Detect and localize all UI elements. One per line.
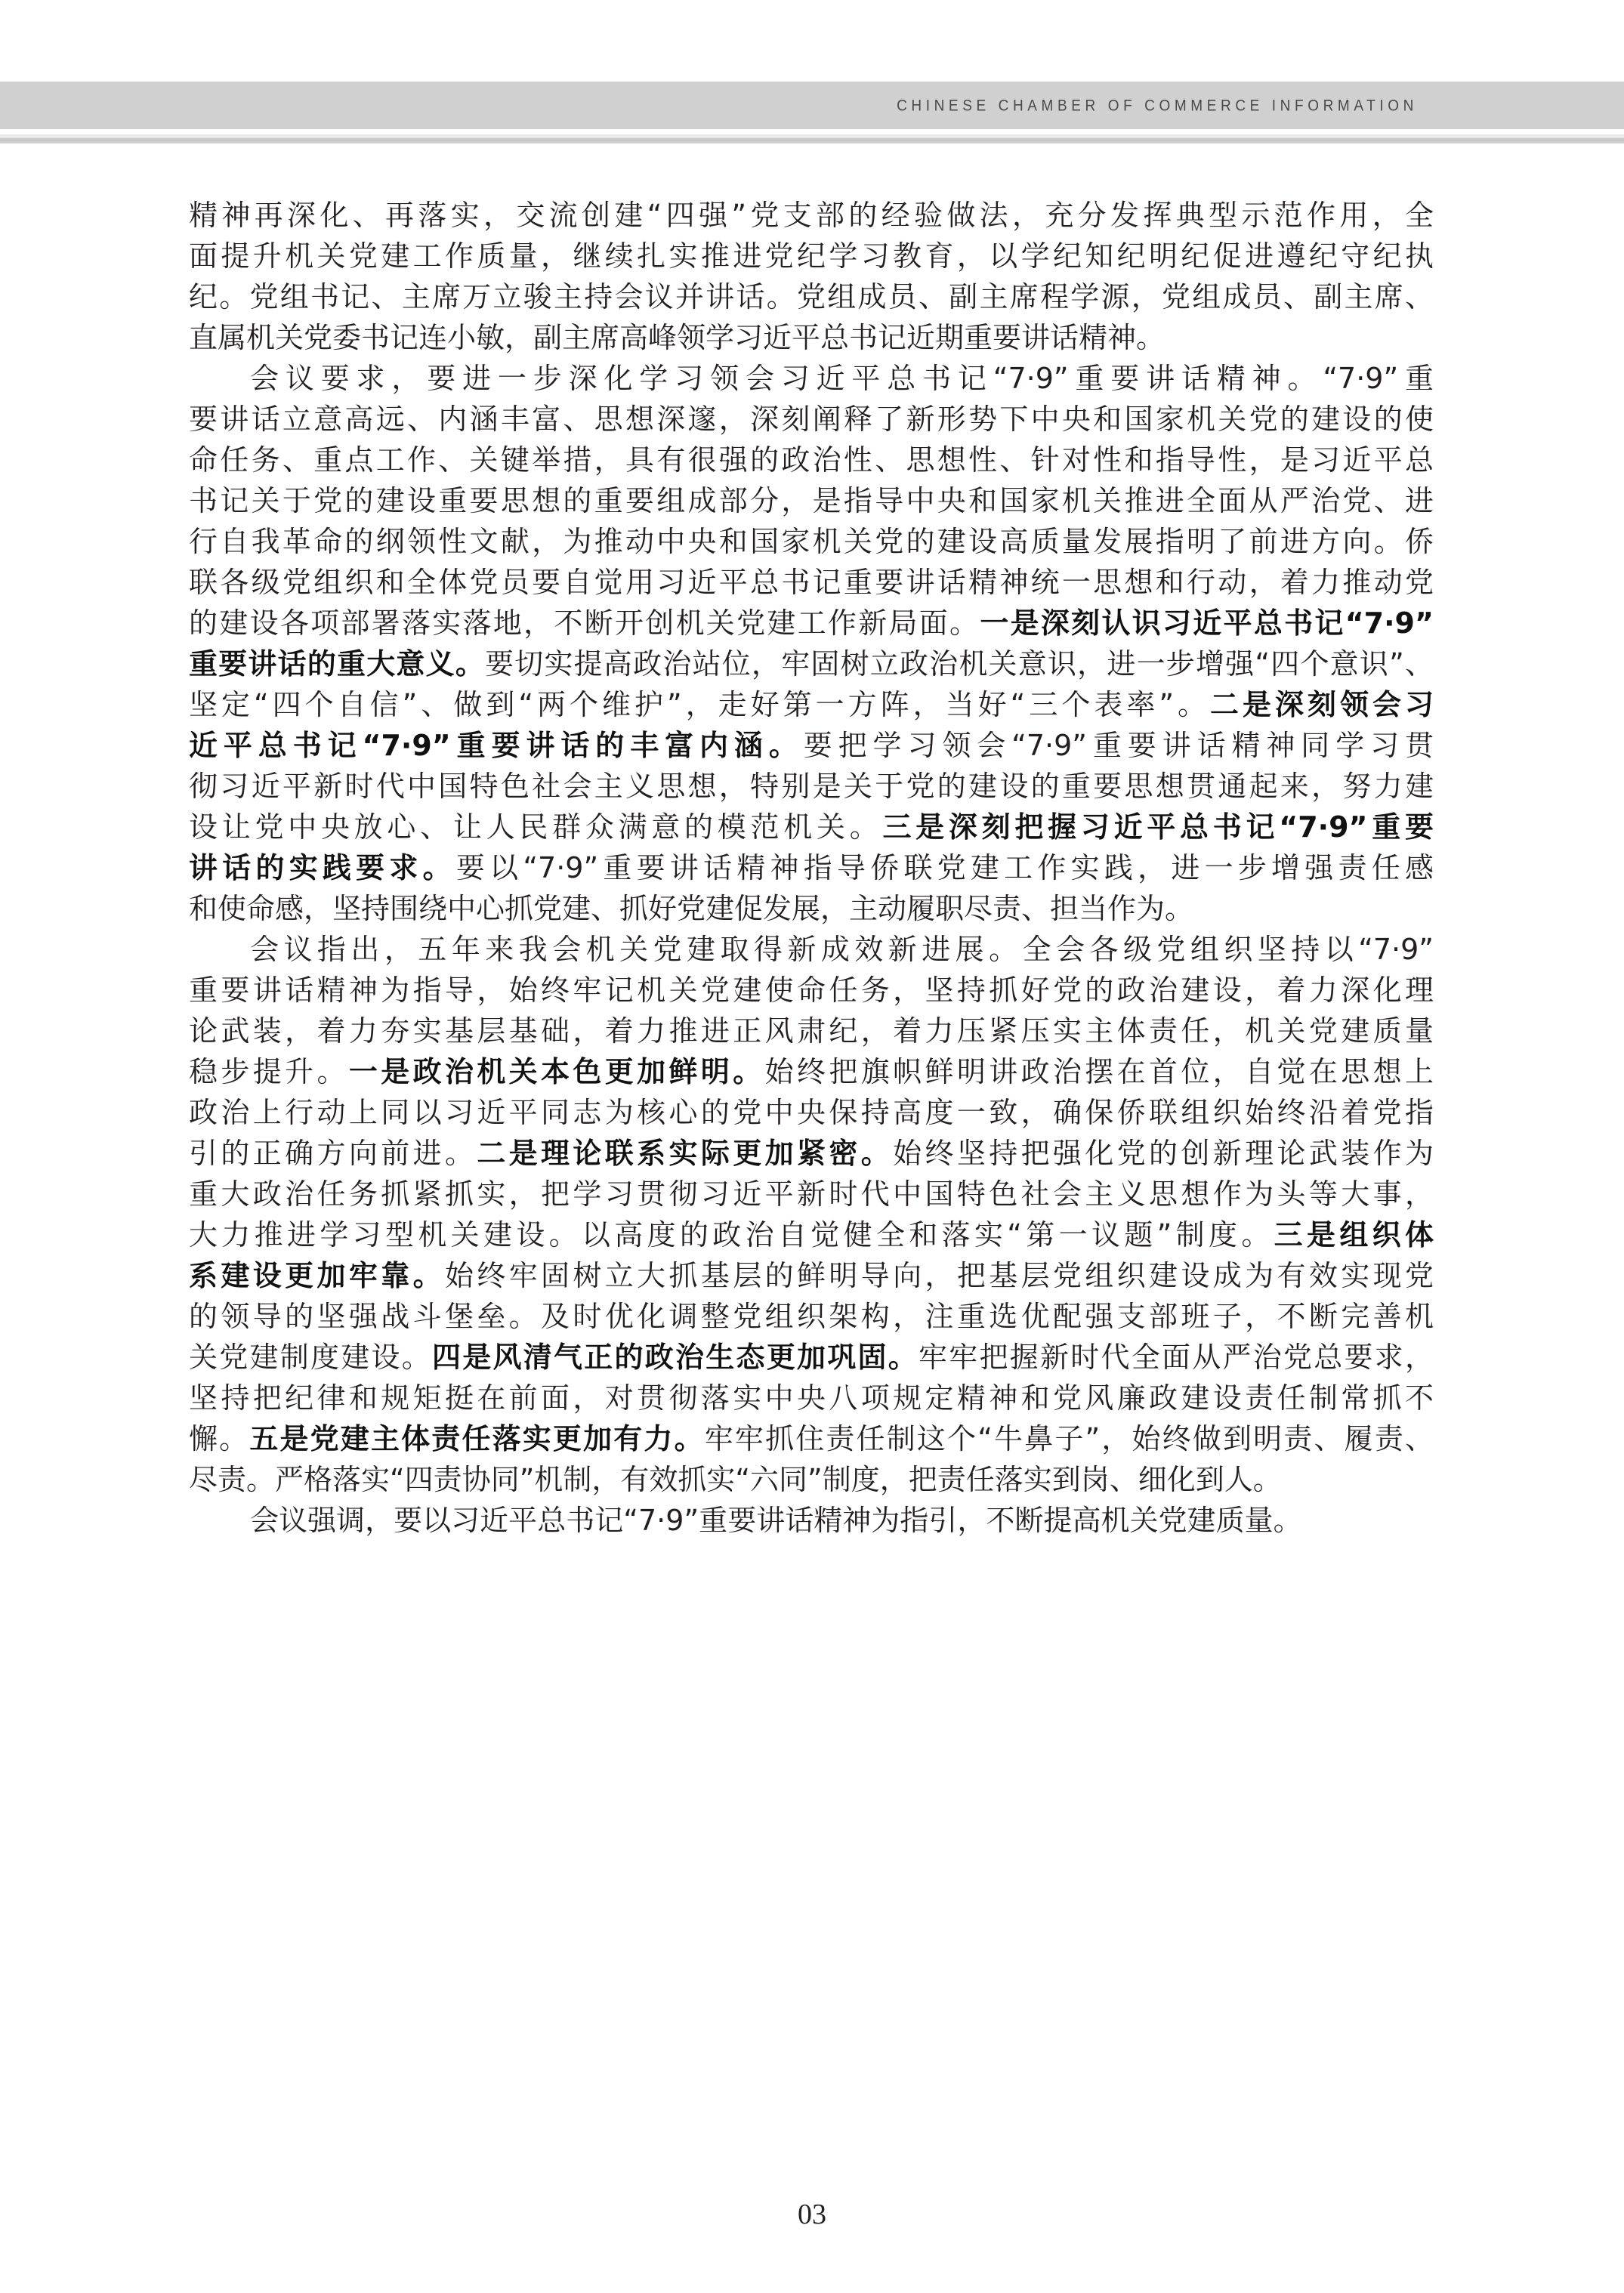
article-body: 精神再深化、再落实，交流创建“四强”党支部的经验做法，充分发挥典型示范作用，全面… [189, 195, 1434, 1541]
body-text: 大力推进学习型机关建设。以高度的政治自觉健全和落实“第一议题”制度。 [189, 1218, 1274, 1251]
bold-heading-text: 三是组织体 [1274, 1218, 1434, 1251]
body-text: 命任务、重点工作、关键举措，具有很强的政治性、思想性、针对性和指导性，是习近平总 [189, 443, 1434, 477]
text-line: 尽责。严格落实“四责协同”机制，有效抓实“六同”制度，把责任落实到岗、细化到人。 [189, 1459, 1434, 1500]
body-text: 设让党中央放心、让人民群众满意的模范机关。 [189, 810, 882, 844]
body-text: 政治上行动上同以习近平同志为核心的党中央保持高度一致，确保侨联组织始终沿着党指 [189, 1096, 1434, 1129]
text-line: 近平总书记“7·9”重要讲话的丰富内涵。要把学习领会“7·9”重要讲话精神同学习… [189, 725, 1434, 766]
header-divider [0, 134, 1624, 137]
body-text: 牢牢把握新时代全面从严治党总要求， [919, 1341, 1434, 1374]
bold-heading-text: 五是党建主体责任落实更加有力。 [249, 1422, 704, 1455]
bold-heading-text: 二是理论联系实际更加紧密。 [477, 1137, 893, 1170]
body-text: 坚定“四个自信”、做到“两个维护”，走好第一方阵，当好“三个表率”。 [189, 688, 1210, 721]
text-line: 的领导的坚强战斗堡垒。及时优化调整党组织架构，注重选优配强支部班子，不断完善机 [189, 1296, 1434, 1337]
bold-heading-text: 重要讲话的重大意义。 [189, 647, 485, 680]
text-line: 坚定“四个自信”、做到“两个维护”，走好第一方阵，当好“三个表率”。二是深刻领会… [189, 684, 1434, 725]
text-line: 引的正确方向前进。二是理论联系实际更加紧密。始终坚持把强化党的创新理论武装作为 [189, 1133, 1434, 1174]
body-text: 和使命感，坚持围绕中心抓党建、抓好党建促发展，主动履职尽责、担当作为。 [189, 892, 1193, 925]
text-line: 会议要求，要进一步深化学习领会习近平总书记“7·9”重要讲话精神。“7·9”重 [189, 358, 1434, 399]
text-line: 懈。五是党建主体责任落实更加有力。牢牢抓住责任制这个“牛鼻子”，始终做到明责、履… [189, 1418, 1434, 1459]
bold-heading-text: 二是深刻领会习 [1210, 688, 1434, 721]
text-line: 稳步提升。一是政治机关本色更加鲜明。始终把旗帜鲜明讲政治摆在首位，自觉在思想上 [189, 1051, 1434, 1092]
body-text: 会议强调，要以习近平总书记“7·9”重要讲话精神为指引，不断提高机关党建质量。 [250, 1504, 1302, 1537]
header-rule [0, 137, 1624, 144]
text-line: 联各级党组织和全体党员要自觉用习近平总书记重要讲话精神统一思想和行动，着力推动党 [189, 562, 1434, 603]
text-line: 系建设更加牢靠。始终牢固树立大抓基层的鲜明导向，把基层党组织建设成为有效实现党 [189, 1255, 1434, 1296]
body-text: 精神再深化、再落实，交流创建“四强”党支部的经验做法，充分发挥典型示范作用，全 [189, 199, 1434, 232]
body-text: 重大政治任务抓紧抓实，把学习贯彻习近平新时代中国特色社会主义思想作为头等大事， [189, 1177, 1434, 1211]
text-line: 精神再深化、再落实，交流创建“四强”党支部的经验做法，充分发挥典型示范作用，全 [189, 195, 1434, 236]
body-text: 要讲话立意高远、内涵丰富、思想深邃，深刻阐释了新形势下中央和国家机关党的建设的使 [189, 403, 1434, 436]
text-line: 会议指出，五年来我会机关党建取得新成效新进展。全会各级党组织坚持以“7·9” [189, 929, 1434, 970]
body-text: 关党建制度建设。 [189, 1341, 432, 1374]
text-line: 坚持把纪律和规矩挺在前面，对贯彻落实中央八项规定精神和党风廉政建设责任制常抓不 [189, 1378, 1434, 1418]
bold-heading-text: 一是深刻认识习近平总书记“7·9” [980, 606, 1434, 640]
bold-heading-text: 系建设更加牢靠。 [189, 1259, 445, 1292]
text-line: 设让党中央放心、让人民群众满意的模范机关。三是深刻把握习近平总书记“7·9”重要 [189, 807, 1434, 847]
text-line: 会议强调，要以习近平总书记“7·9”重要讲话精神为指引，不断提高机关党建质量。 [189, 1500, 1434, 1541]
paragraph: 精神再深化、再落实，交流创建“四强”党支部的经验做法，充分发挥典型示范作用，全面… [189, 195, 1434, 358]
text-line: 重大政治任务抓紧抓实，把学习贯彻习近平新时代中国特色社会主义思想作为头等大事， [189, 1174, 1434, 1214]
paragraph: 会议要求，要进一步深化学习领会习近平总书记“7·9”重要讲话精神。“7·9”重要… [189, 358, 1434, 929]
body-text: 牢牢抓住责任制这个“牛鼻子”，始终做到明责、履责、 [705, 1422, 1434, 1455]
text-line: 重要讲话的重大意义。要切实提高政治站位，牢固树立政治机关意识，进一步增强“四个意… [189, 643, 1434, 684]
body-text: 懈。 [189, 1422, 249, 1455]
text-line: 大力推进学习型机关建设。以高度的政治自觉健全和落实“第一议题”制度。三是组织体 [189, 1214, 1434, 1255]
body-text: 面提升机关党建工作质量，继续扎实推进党纪学习教育，以学纪知纪明纪促进遵纪守纪执 [189, 239, 1434, 273]
text-line: 政治上行动上同以习近平同志为核心的党中央保持高度一致，确保侨联组织始终沿着党指 [189, 1092, 1434, 1133]
body-text: 稳步提升。 [189, 1055, 349, 1088]
body-text: 坚持把纪律和规矩挺在前面，对贯彻落实中央八项规定精神和党风廉政建设责任制常抓不 [189, 1381, 1434, 1415]
bold-heading-text: 四是风清气正的政治生态更加巩固。 [432, 1341, 919, 1374]
text-line: 论武装，着力夯实基层基础，着力推进正风肃纪，着力压紧压实主体责任，机关党建质量 [189, 1011, 1434, 1051]
text-line: 面提升机关党建工作质量，继续扎实推进党纪学习教育，以学纪知纪明纪促进遵纪守纪执 [189, 236, 1434, 276]
body-text: 联各级党组织和全体党员要自觉用习近平总书记重要讲话精神统一思想和行动，着力推动党 [189, 566, 1434, 599]
body-text: 引的正确方向前进。 [189, 1137, 477, 1170]
body-text: 书记关于党的建设重要思想的重要组成部分，是指导中央和国家机关推进全面从严治党、进 [189, 484, 1434, 517]
paragraph: 会议指出，五年来我会机关党建取得新成效新进展。全会各级党组织坚持以“7·9”重要… [189, 929, 1434, 1500]
body-text: 始终坚持把强化党的创新理论武装作为 [893, 1137, 1434, 1170]
text-line: 的建设各项部署落实落地，不断开创机关党建工作新局面。一是深刻认识习近平总书记“7… [189, 603, 1434, 643]
body-text: 尽责。严格落实“四责协同”机制，有效抓实“六同”制度，把责任落实到岗、细化到人。 [189, 1463, 1282, 1496]
text-line: 讲话的实践要求。要以“7·9”重要讲话精神指导侨联党建工作实践，进一步增强责任感 [189, 847, 1434, 888]
body-text: 行自我革命的纲领性文献，为推动中央和国家机关党的建设高质量发展指明了前进方向。侨 [189, 525, 1434, 558]
body-text: 要切实提高政治站位，牢固树立政治机关意识，进一步增强“四个意识”、 [485, 647, 1434, 680]
body-text: 的建设各项部署落实落地，不断开创机关党建工作新局面。 [189, 606, 980, 640]
body-text: 的领导的坚强战斗堡垒。及时优化调整党组织架构，注重选优配强支部班子，不断完善机 [189, 1300, 1434, 1333]
text-line: 和使命感，坚持围绕中心抓党建、抓好党建促发展，主动履职尽责、担当作为。 [189, 888, 1434, 929]
paragraph: 会议强调，要以习近平总书记“7·9”重要讲话精神为指引，不断提高机关党建质量。 [189, 1500, 1434, 1541]
text-line: 重要讲话精神为指导，始终牢记机关党建使命任务，坚持抓好党的政治建设，着力深化理 [189, 970, 1434, 1011]
body-text: 始终牢固树立大抓基层的鲜明导向，把基层党组织建设成为有效实现党 [445, 1259, 1434, 1292]
bold-heading-text: 近平总书记“7·9”重要讲话的丰富内涵。 [189, 729, 804, 762]
text-line: 行自我革命的纲领性文献，为推动中央和国家机关党的建设高质量发展指明了前进方向。侨 [189, 521, 1434, 562]
text-line: 关党建制度建设。四是风清气正的政治生态更加巩固。牢牢把握新时代全面从严治党总要求… [189, 1337, 1434, 1378]
bold-heading-text: 讲话的实践要求。 [189, 851, 456, 884]
bold-heading-text: 三是深刻把握习近平总书记“7·9”重要 [882, 810, 1434, 844]
body-text: 会议指出，五年来我会机关党建取得新成效新进展。全会各级党组织坚持以“7·9” [250, 933, 1434, 966]
body-text: 重要讲话精神为指导，始终牢记机关党建使命任务，坚持抓好党的政治建设，着力深化理 [189, 974, 1434, 1007]
text-line: 命任务、重点工作、关键举措，具有很强的政治性、思想性、针对性和指导性，是习近平总 [189, 440, 1434, 480]
text-line: 纪。党组书记、主席万立骏主持会议并讲话。党组成员、副主席程学源，党组成员、副主席… [189, 276, 1434, 317]
text-line: 彻习近平新时代中国特色社会主义思想，特别是关于党的建设的重要思想贯通起来，努力建 [189, 766, 1434, 807]
text-line: 书记关于党的建设重要思想的重要组成部分，是指导中央和国家机关推进全面从严治党、进 [189, 480, 1434, 521]
body-text: 纪。党组书记、主席万立骏主持会议并讲话。党组成员、副主席程学源，党组成员、副主席… [189, 280, 1434, 313]
publication-title: CHINESE CHAMBER OF COMMERCE INFORMATION [897, 97, 1418, 116]
body-text: 论武装，着力夯实基层基础，着力推进正风肃纪，着力压紧压实主体责任，机关党建质量 [189, 1014, 1434, 1048]
bold-heading-text: 一是政治机关本色更加鲜明。 [349, 1055, 765, 1088]
body-text: 始终把旗帜鲜明讲政治摆在首位，自觉在思想上 [765, 1055, 1434, 1088]
body-text: 会议要求，要进一步深化学习领会习近平总书记“7·9”重要讲话精神。“7·9”重 [250, 362, 1434, 395]
body-text: 要把学习领会“7·9”重要讲话精神同学习贯 [804, 729, 1434, 762]
page-number: 03 [0, 2198, 1624, 2231]
text-line: 直属机关党委书记连小敏，副主席高峰领学习近平总书记近期重要讲话精神。 [189, 317, 1434, 358]
body-text: 直属机关党委书记连小敏，副主席高峰领学习近平总书记近期重要讲话精神。 [189, 321, 1165, 354]
text-line: 要讲话立意高远、内涵丰富、思想深邃，深刻阐释了新形势下中央和国家机关党的建设的使 [189, 399, 1434, 440]
body-text: 要以“7·9”重要讲话精神指导侨联党建工作实践，进一步增强责任感 [456, 851, 1434, 884]
body-text: 彻习近平新时代中国特色社会主义思想，特别是关于党的建设的重要思想贯通起来，努力建 [189, 770, 1434, 803]
